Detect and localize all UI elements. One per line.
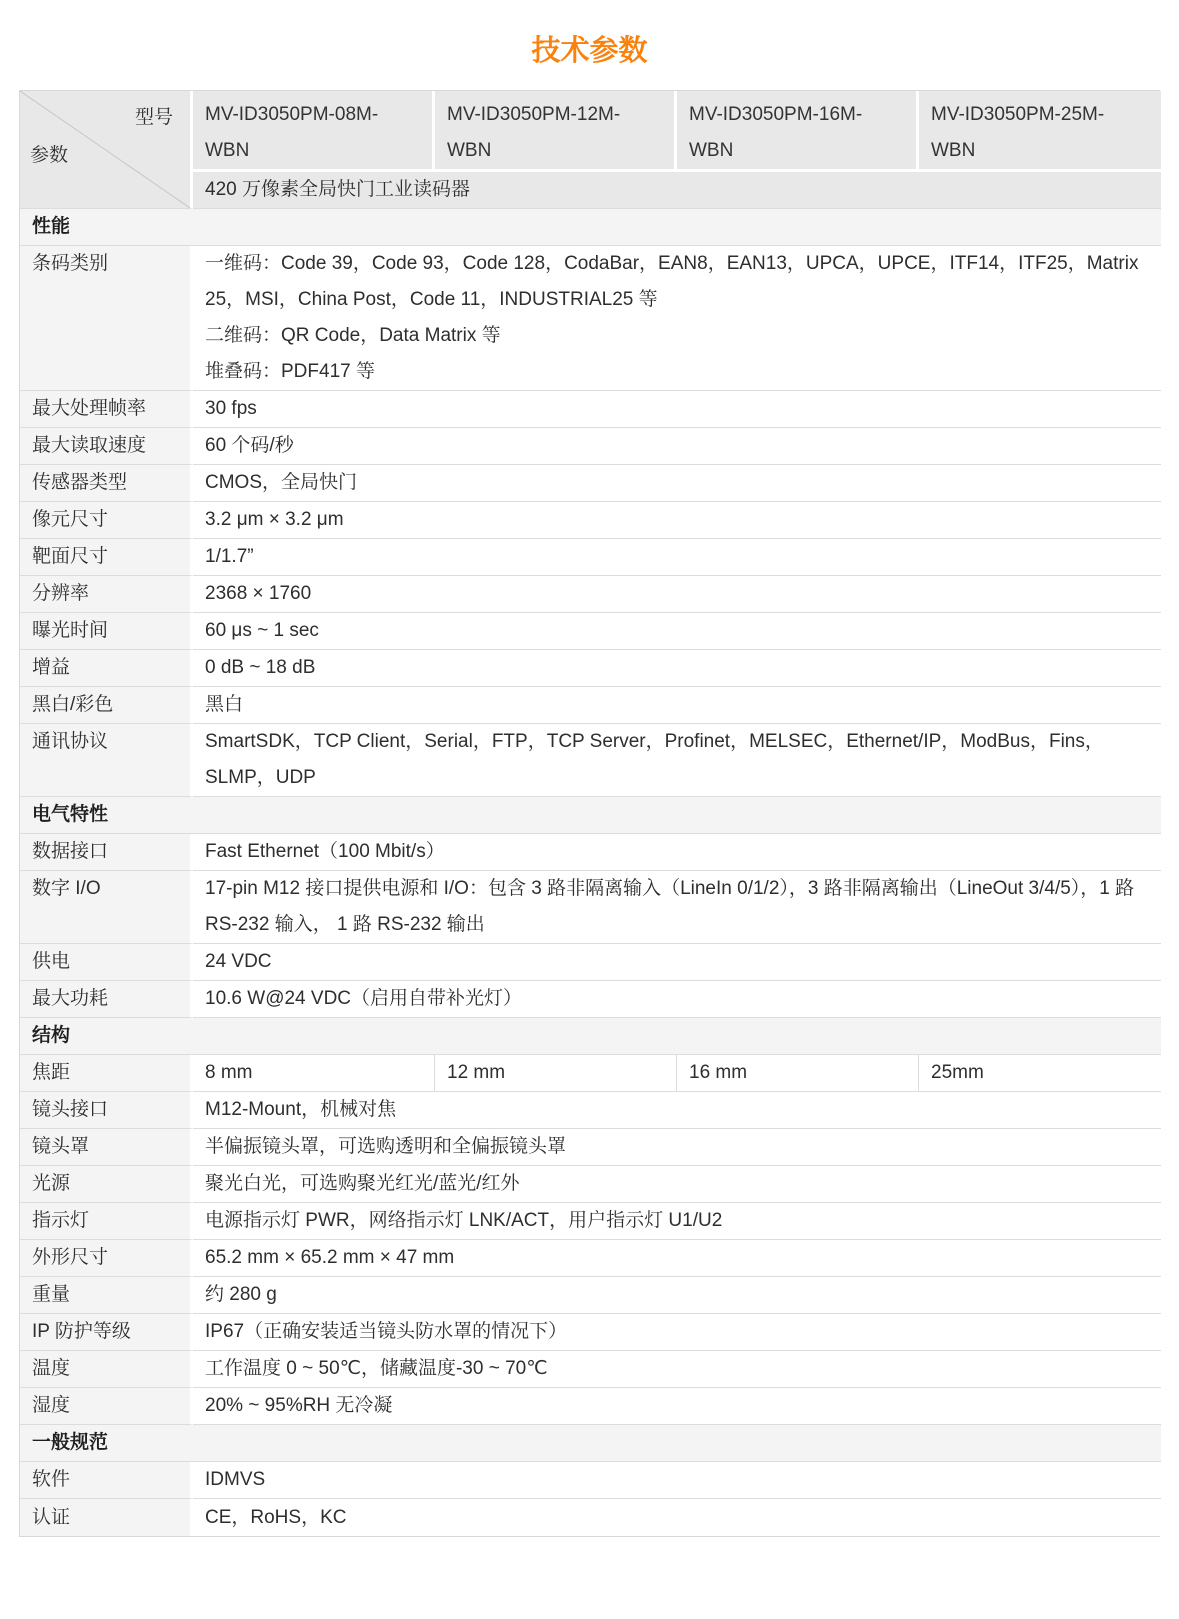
spec-value-cell: IDMVS (193, 1462, 1161, 1499)
spec-value-cell: M12-Mount，机械对焦 (193, 1092, 1161, 1129)
spec-value-cell: IP67（正确安装适当镜头防水罩的情况下） (193, 1314, 1161, 1351)
spec-label-cell: 最大处理帧率 (20, 391, 193, 428)
section-header-row: 结构 (20, 1018, 1161, 1055)
spec-label-cell: 像元尺寸 (20, 502, 193, 539)
section-header-row: 一般规范 (20, 1425, 1161, 1462)
spec-label-cell: 镜头接口 (20, 1092, 193, 1129)
table-row: 最大读取速度 60 个码/秒 (20, 428, 1161, 465)
spec-value-cell: 65.2 mm × 65.2 mm × 47 mm (193, 1240, 1161, 1277)
table-row: 指示灯 电源指示灯 PWR，网络指示灯 LNK/ACT，用户指示灯 U1/U2 (20, 1203, 1161, 1240)
table-row: 传感器类型 CMOS，全局快门 (20, 465, 1161, 502)
spec-value-cell: 电源指示灯 PWR，网络指示灯 LNK/ACT，用户指示灯 U1/U2 (193, 1203, 1161, 1240)
spec-label-cell: 靶面尺寸 (20, 539, 193, 576)
spec-label-cell: 指示灯 (20, 1203, 193, 1240)
corner-label-parameter: 参数 (30, 140, 68, 167)
spec-value-cell: 24 VDC (193, 944, 1161, 981)
spec-value-cell: Fast Ethernet（100 Mbit/s） (193, 834, 1161, 871)
table-row: 外形尺寸 65.2 mm × 65.2 mm × 47 mm (20, 1240, 1161, 1277)
table-row: 软件 IDMVS (20, 1462, 1161, 1499)
corner-cell: 型号 参数 (20, 91, 193, 209)
section-title: 一般规范 (20, 1425, 1161, 1462)
model-name-cell: MV-ID3050PM-12M-WBN (435, 91, 677, 172)
table-row: 靶面尺寸 1/1.7” (20, 539, 1161, 576)
spec-label-cell: 供电 (20, 944, 193, 981)
spec-label-cell: 分辨率 (20, 576, 193, 613)
section-title: 电气特性 (20, 797, 1161, 834)
spec-label-cell: 黑白/彩色 (20, 687, 193, 724)
table-row: 重量 约 280 g (20, 1277, 1161, 1314)
spec-value-cell: 聚光白光，可选购聚光红光/蓝光/红外 (193, 1166, 1161, 1203)
model-name-cell: MV-ID3050PM-25M-WBN (919, 91, 1161, 172)
spec-value-cell: 半偏振镜头罩，可选购透明和全偏振镜头罩 (193, 1129, 1161, 1166)
spec-label-cell: 湿度 (20, 1388, 193, 1425)
spec-label-cell: 数字 I/O (20, 871, 193, 944)
table-row: 光源 聚光白光，可选购聚光红光/蓝光/红外 (20, 1166, 1161, 1203)
focal-length-cell: 8 mm (193, 1055, 435, 1092)
spec-label-cell: 重量 (20, 1277, 193, 1314)
page-title: 技术参数 (0, 34, 1179, 68)
table-row: 供电 24 VDC (20, 944, 1161, 981)
corner-label-model: 型号 (135, 102, 173, 129)
spec-value-line: 二维码：QR Code，Data Matrix 等 (205, 318, 1149, 354)
product-description-cell: 420 万像素全局快门工业读码器 (193, 172, 1161, 209)
table-row: 黑白/彩色 黑白 (20, 687, 1161, 724)
spec-label-cell: IP 防护等级 (20, 1314, 193, 1351)
spec-label-cell: 数据接口 (20, 834, 193, 871)
spec-value-cell: 0 dB ~ 18 dB (193, 650, 1161, 687)
spec-value-cell: 1/1.7” (193, 539, 1161, 576)
spec-value-line: 一维码：Code 39，Code 93，Code 128，CodaBar，EAN… (205, 246, 1149, 318)
spec-value-cell: 约 280 g (193, 1277, 1161, 1314)
spec-label-cell: 条码类别 (20, 246, 193, 391)
spec-value-cell: SmartSDK，TCP Client，Serial，FTP，TCP Serve… (193, 724, 1161, 797)
table-row: 增益 0 dB ~ 18 dB (20, 650, 1161, 687)
spec-value-cell: CMOS，全局快门 (193, 465, 1161, 502)
model-name-cell: MV-ID3050PM-08M-WBN (193, 91, 435, 172)
table-row: 镜头接口 M12-Mount，机械对焦 (20, 1092, 1161, 1129)
spec-value-cell: 工作温度 0 ~ 50℃，储藏温度-30 ~ 70℃ (193, 1351, 1161, 1388)
table-row: IP 防护等级 IP67（正确安装适当镜头防水罩的情况下） (20, 1314, 1161, 1351)
spec-value-line: 堆叠码：PDF417 等 (205, 354, 1149, 390)
section-title: 性能 (20, 209, 1161, 246)
spec-label-cell: 最大功耗 (20, 981, 193, 1018)
spec-value-cell: 一维码：Code 39，Code 93，Code 128，CodaBar，EAN… (193, 246, 1161, 391)
table-row: 湿度 20% ~ 95%RH 无冷凝 (20, 1388, 1161, 1425)
spec-value-cell: 2368 × 1760 (193, 576, 1161, 613)
table-row: 通讯协议 SmartSDK，TCP Client，Serial，FTP，TCP … (20, 724, 1161, 797)
table-row: 条码类别 一维码：Code 39，Code 93，Code 128，CodaBa… (20, 246, 1161, 391)
section-header-row: 性能 (20, 209, 1161, 246)
table-row: 曝光时间 60 μs ~ 1 sec (20, 613, 1161, 650)
spec-value-cell: 3.2 μm × 3.2 μm (193, 502, 1161, 539)
spec-label-cell: 曝光时间 (20, 613, 193, 650)
spec-label-cell: 外形尺寸 (20, 1240, 193, 1277)
spec-value-cell: 60 个码/秒 (193, 428, 1161, 465)
spec-value-cell: 20% ~ 95%RH 无冷凝 (193, 1388, 1161, 1425)
spec-sheet-page: 技术参数 型号 参数 (0, 34, 1179, 1619)
focal-length-cell: 12 mm (435, 1055, 677, 1092)
model-name-cell: MV-ID3050PM-16M-WBN (677, 91, 919, 172)
spec-value-cell: 10.6 W@24 VDC（启用自带补光灯） (193, 981, 1161, 1018)
spec-value-cell: 黑白 (193, 687, 1161, 724)
table-row: 温度 工作温度 0 ~ 50℃，储藏温度-30 ~ 70℃ (20, 1351, 1161, 1388)
table-row: 像元尺寸 3.2 μm × 3.2 μm (20, 502, 1161, 539)
table-row: 镜头罩 半偏振镜头罩，可选购透明和全偏振镜头罩 (20, 1129, 1161, 1166)
table-row: 最大功耗 10.6 W@24 VDC（启用自带补光灯） (20, 981, 1161, 1018)
spec-value-cell: 17-pin M12 接口提供电源和 I/O：包含 3 路非隔离输入（LineI… (193, 871, 1161, 944)
spec-label-cell: 认证 (20, 1499, 193, 1536)
spec-value-cell: 30 fps (193, 391, 1161, 428)
focal-length-cell: 16 mm (677, 1055, 919, 1092)
section-header-row: 电气特性 (20, 797, 1161, 834)
table-row: 分辨率 2368 × 1760 (20, 576, 1161, 613)
focal-length-cell: 25mm (919, 1055, 1161, 1092)
spec-label-cell: 软件 (20, 1462, 193, 1499)
table-row: 焦距 8 mm 12 mm 16 mm 25mm (20, 1055, 1161, 1092)
spec-label-cell: 温度 (20, 1351, 193, 1388)
table-row: 数字 I/O 17-pin M12 接口提供电源和 I/O：包含 3 路非隔离输… (20, 871, 1161, 944)
spec-value-cell: 60 μs ~ 1 sec (193, 613, 1161, 650)
table-row: 认证 CE，RoHS，KC (20, 1499, 1161, 1536)
model-header-row: 型号 参数 MV-ID3050PM-08M-WBN MV-ID3050PM-12… (20, 91, 1161, 172)
spec-table-container: 型号 参数 MV-ID3050PM-08M-WBN MV-ID3050PM-12… (19, 90, 1160, 1537)
spec-table: 型号 参数 MV-ID3050PM-08M-WBN MV-ID3050PM-12… (20, 91, 1161, 1536)
spec-label-cell: 增益 (20, 650, 193, 687)
spec-label-cell: 光源 (20, 1166, 193, 1203)
section-title: 结构 (20, 1018, 1161, 1055)
spec-label-cell: 焦距 (20, 1055, 193, 1092)
table-row: 数据接口 Fast Ethernet（100 Mbit/s） (20, 834, 1161, 871)
spec-label-cell: 传感器类型 (20, 465, 193, 502)
table-row: 最大处理帧率 30 fps (20, 391, 1161, 428)
spec-label-cell: 通讯协议 (20, 724, 193, 797)
spec-label-cell: 镜头罩 (20, 1129, 193, 1166)
spec-label-cell: 最大读取速度 (20, 428, 193, 465)
spec-value-cell: CE，RoHS，KC (193, 1499, 1161, 1536)
